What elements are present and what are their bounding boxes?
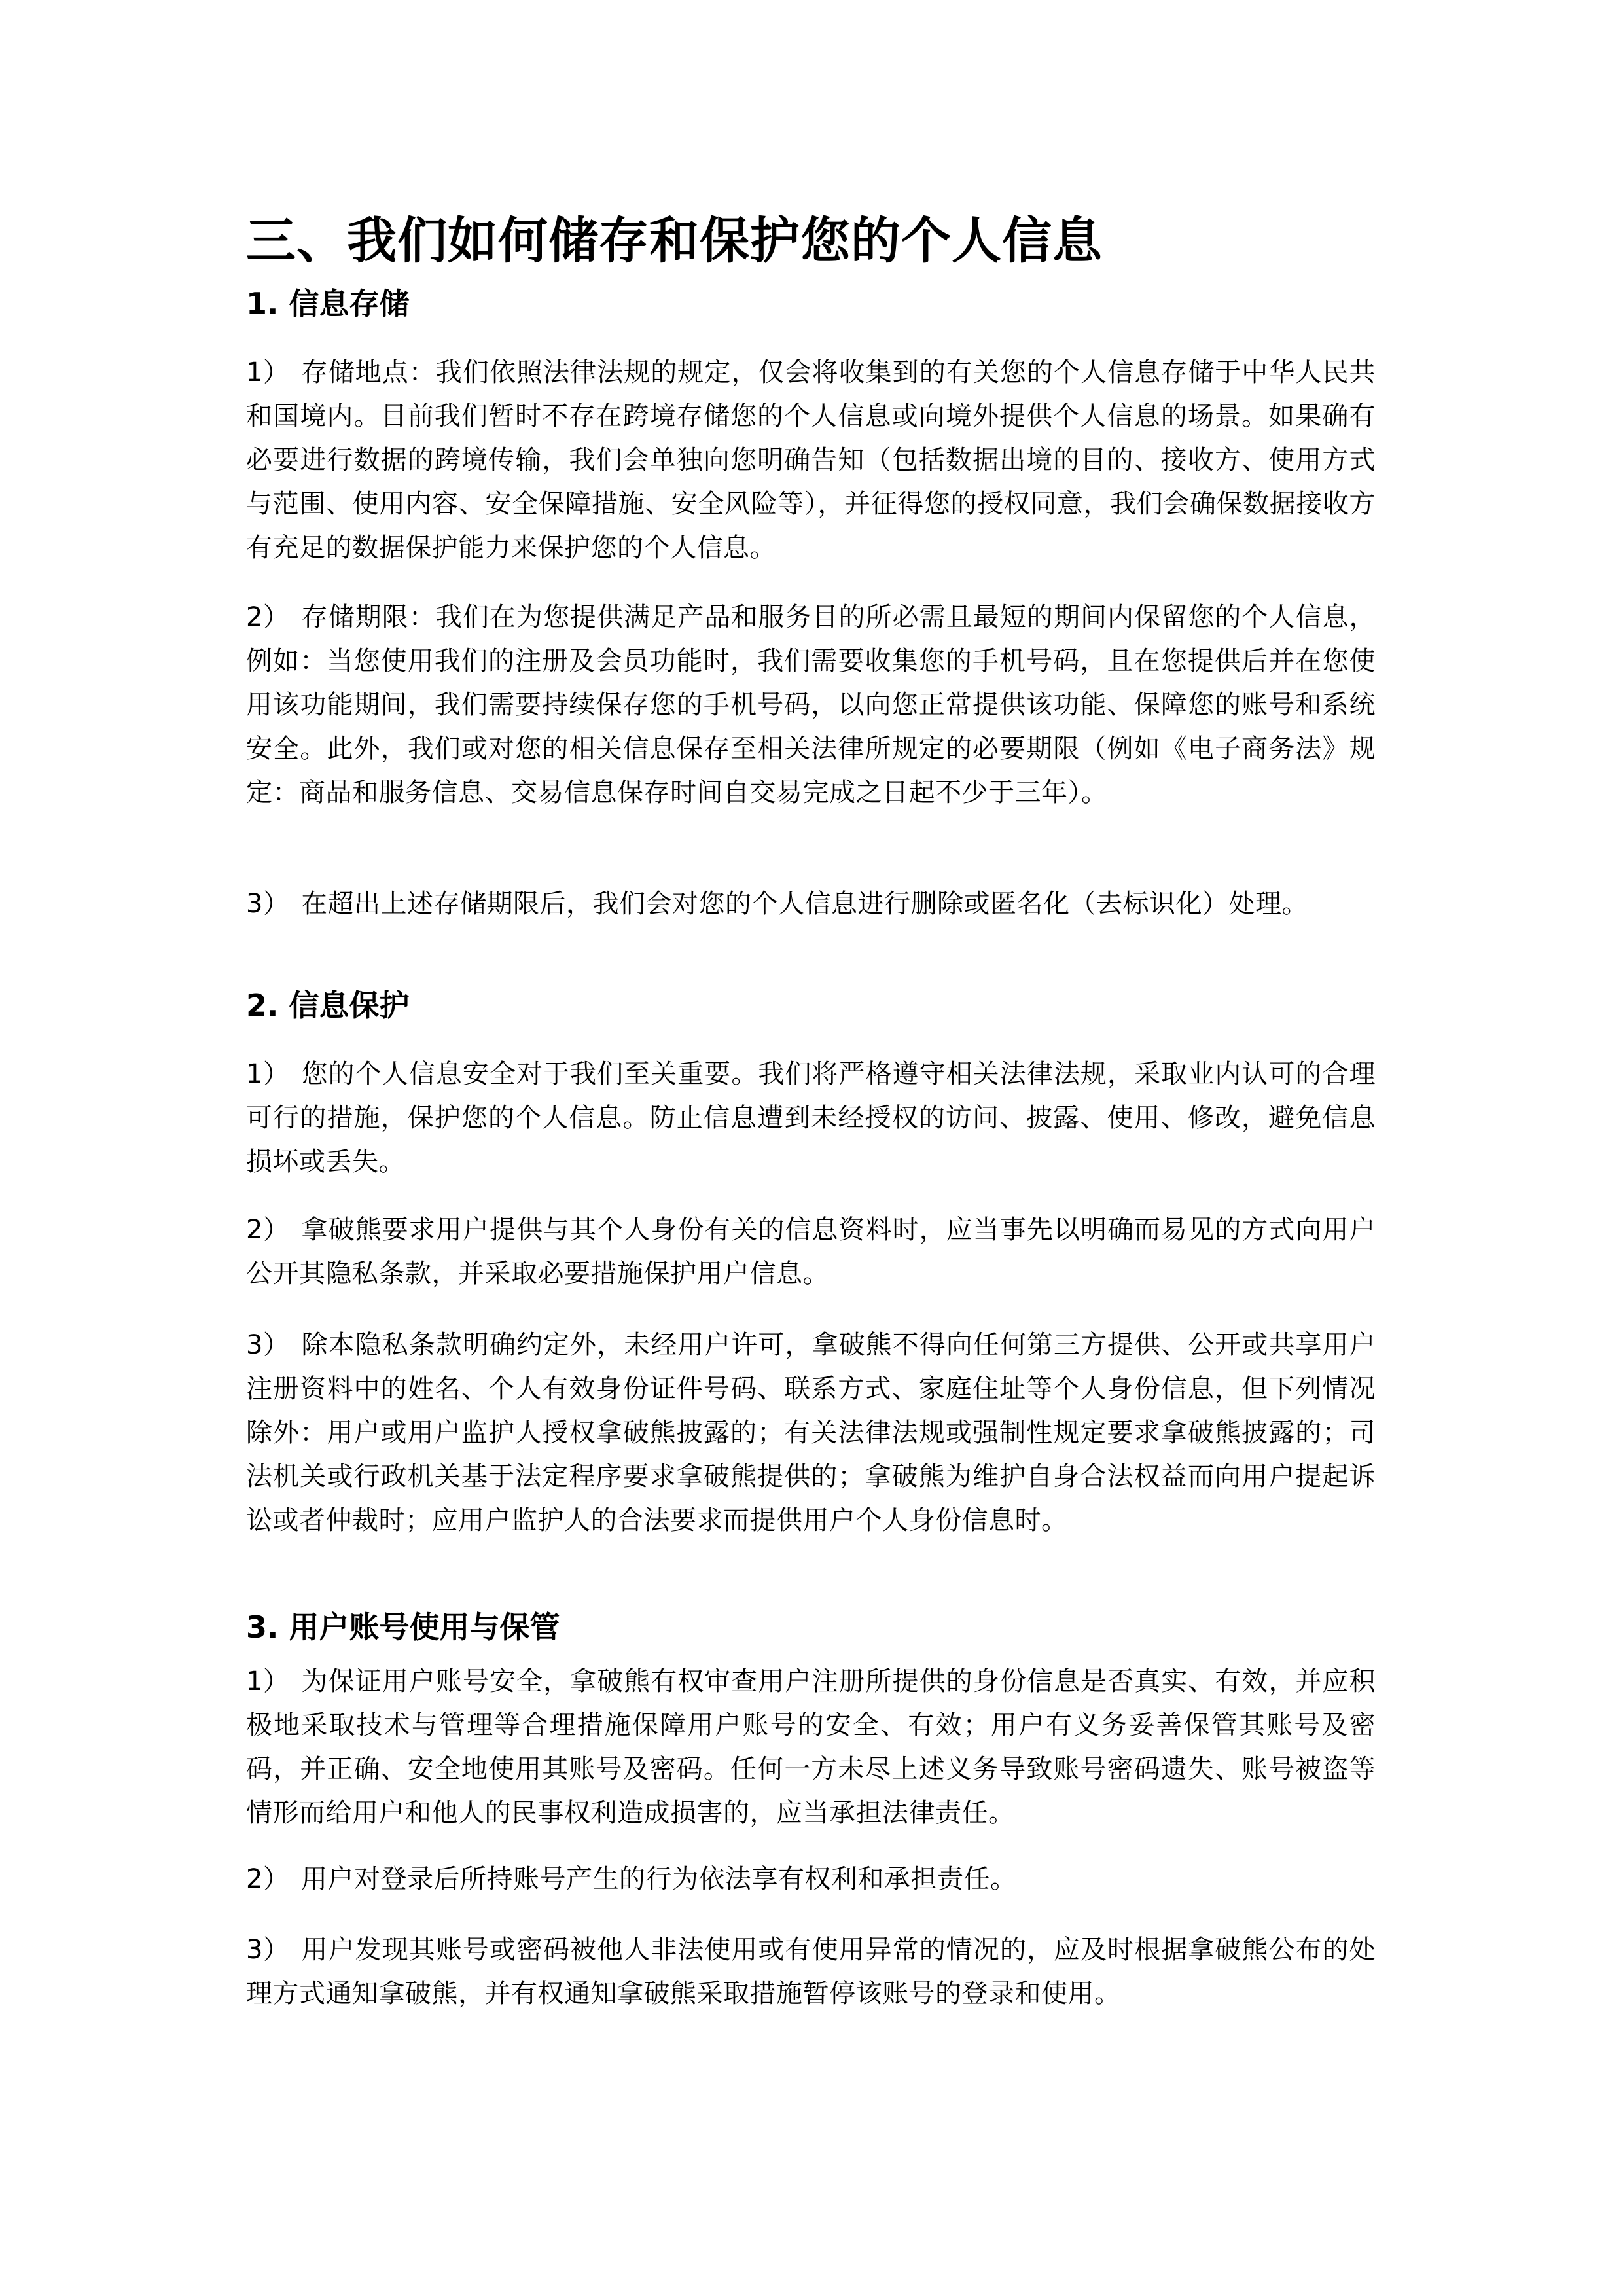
- paragraph-text: 在超出上述存储期限后，我们会对您的个人信息进行删除或匿名化（去标识化）处理。: [301, 889, 1308, 919]
- item-number: 1）: [246, 1660, 301, 1704]
- item-number: 2）: [246, 1857, 301, 1901]
- item-number: 3）: [246, 1323, 301, 1367]
- paragraph-storage-3: 3）在超出上述存储期限后，我们会对您的个人信息进行删除或匿名化（去标识化）处理。: [246, 882, 1376, 926]
- paragraph-text: 除本隐私条款明确约定外，未经用户许可，拿破熊不得向任何第三方提供、公开或共享用户…: [246, 1330, 1376, 1535]
- paragraph-text: 您的个人信息安全对于我们至关重要。我们将严格遵守相关法律法规，采取业内认可的合理…: [246, 1059, 1376, 1177]
- item-number: 1）: [246, 351, 301, 395]
- paragraph-text: 用户对登录后所持账号产生的行为依法享有权利和承担责任。: [301, 1864, 1017, 1894]
- item-number: 2）: [246, 1208, 301, 1252]
- item-number: 2）: [246, 596, 301, 639]
- paragraph-text: 拿破熊要求用户提供与其个人身份有关的信息资料时，应当事先以明确而易见的方式向用户…: [246, 1215, 1376, 1289]
- paragraph-account-1: 1）为保证用户账号安全，拿破熊有权审查用户注册所提供的身份信息是否真实、有效，并…: [246, 1660, 1376, 1835]
- section-heading-account: 3. 用户账号使用与保管: [246, 1607, 560, 1647]
- section-heading-protection: 2. 信息保护: [246, 986, 410, 1025]
- paragraph-storage-1: 1）存储地点：我们依照法律法规的规定，仅会将收集到的有关您的个人信息存储于中华人…: [246, 351, 1376, 570]
- paragraph-account-2: 2）用户对登录后所持账号产生的行为依法享有权利和承担责任。: [246, 1857, 1376, 1901]
- paragraph-text: 为保证用户账号安全，拿破熊有权审查用户注册所提供的身份信息是否真实、有效，并应积…: [246, 1666, 1376, 1828]
- item-number: 3）: [246, 1928, 301, 1972]
- paragraph-protection-2: 2）拿破熊要求用户提供与其个人身份有关的信息资料时，应当事先以明确而易见的方式向…: [246, 1208, 1376, 1296]
- item-number: 3）: [246, 882, 301, 926]
- paragraph-protection-3: 3）除本隐私条款明确约定外，未经用户许可，拿破熊不得向任何第三方提供、公开或共享…: [246, 1323, 1376, 1543]
- paragraph-storage-2: 2）存储期限：我们在为您提供满足产品和服务目的所必需且最短的期间内保留您的个人信…: [246, 596, 1376, 815]
- paragraph-text: 用户发现其账号或密码被他人非法使用或有使用异常的情况的，应及时根据拿破熊公布的处…: [246, 1935, 1376, 2009]
- page-title: 三、我们如何储存和保护您的个人信息: [246, 208, 1103, 274]
- paragraph-protection-1: 1）您的个人信息安全对于我们至关重要。我们将严格遵守相关法律法规，采取业内认可的…: [246, 1052, 1376, 1184]
- section-heading-storage: 1. 信息存储: [246, 284, 410, 323]
- paragraph-account-3: 3）用户发现其账号或密码被他人非法使用或有使用异常的情况的，应及时根据拿破熊公布…: [246, 1928, 1376, 2016]
- item-number: 1）: [246, 1052, 301, 1096]
- paragraph-text: 存储地点：我们依照法律法规的规定，仅会将收集到的有关您的个人信息存储于中华人民共…: [246, 357, 1376, 563]
- paragraph-text: 存储期限：我们在为您提供满足产品和服务目的所必需且最短的期间内保留您的个人信息，…: [246, 602, 1376, 808]
